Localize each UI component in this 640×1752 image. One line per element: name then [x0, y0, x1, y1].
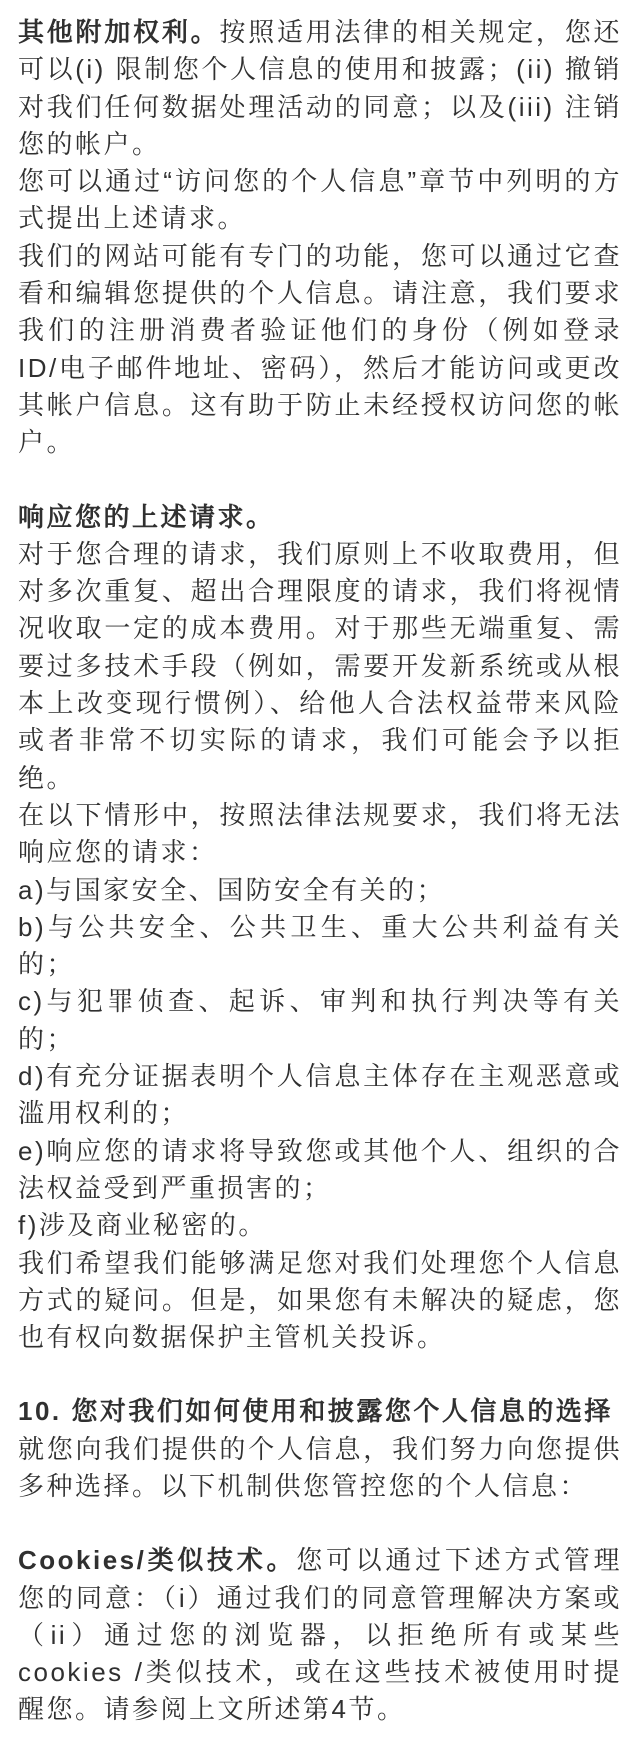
- list-item-f: f)涉及商业秘密的。: [18, 1207, 622, 1244]
- para-choices-intro: 就您向我们提供的个人信息，我们努力向您提供多种选择。以下机制供您管控您的个人信息…: [18, 1431, 622, 1506]
- list-item-b-body: b)与公共安全、公共卫生、重大公共利益有关的；: [18, 912, 622, 979]
- para-cannot-respond-intro-body: 在以下情形中，按照法律法规要求，我们将无法响应您的请求：: [18, 800, 622, 867]
- para-choices-intro-body: 就您向我们提供的个人信息，我们努力向您提供多种选择。以下机制供您管控您的个人信息…: [18, 1434, 622, 1501]
- para-other-additional-rights-lead: 其他附加权利。: [18, 17, 219, 47]
- para-cookies-management-lead: Cookies/类似技术。: [18, 1545, 296, 1575]
- list-item-c-body: c)与犯罪侦查、起诉、审判和执行判决等有关的；: [18, 986, 622, 1053]
- list-item-e: e)响应您的请求将导致您或其他个人、组织的合法权益受到严重损害的；: [18, 1133, 622, 1208]
- heading-respond-to-requests: 响应您的上述请求。: [18, 499, 622, 536]
- list-item-d: d)有充分证据表明个人信息主体存在主观恶意或滥用权利的；: [18, 1058, 622, 1133]
- heading-respond-to-requests-label: 响应您的上述请求。: [18, 502, 275, 532]
- list-item-a-body: a)与国家安全、国防安全有关的；: [18, 875, 445, 905]
- privacy-policy-page: 其他附加权利。按照适用法律的相关规定，您还可以(i) 限制您个人信息的使用和披露…: [0, 0, 640, 1752]
- para-fees-and-refusal: 对于您合理的请求，我们原则上不收取费用，但对多次重复、超出合理限度的请求，我们将…: [18, 536, 622, 797]
- heading-section-10-label: 10. 您对我们如何使用和披露您个人信息的选择: [18, 1396, 613, 1426]
- para-request-method: 您可以通过“访问您的个人信息”章节中列明的方式提出上述请求。: [18, 163, 622, 238]
- para-request-method-body: 您可以通过“访问您的个人信息”章节中列明的方式提出上述请求。: [18, 166, 622, 233]
- list-item-a: a)与国家安全、国防安全有关的；: [18, 872, 622, 909]
- list-item-c: c)与犯罪侦查、起诉、审判和执行判决等有关的；: [18, 983, 622, 1058]
- para-complaint-rights: 我们希望我们能够满足您对我们处理您个人信息方式的疑问。但是，如果您有未解决的疑虑…: [18, 1245, 622, 1357]
- privacy-policy-text: 其他附加权利。按照适用法律的相关规定，您还可以(i) 限制您个人信息的使用和披露…: [18, 14, 622, 1729]
- list-item-f-body: f)涉及商业秘密的。: [18, 1210, 267, 1240]
- para-website-edit-feature: 我们的网站可能有专门的功能，您可以通过它查看和编辑您提供的个人信息。请注意，我们…: [18, 238, 622, 462]
- para-cannot-respond-intro: 在以下情形中，按照法律法规要求，我们将无法响应您的请求：: [18, 797, 622, 872]
- para-fees-and-refusal-body: 对于您合理的请求，我们原则上不收取费用，但对多次重复、超出合理限度的请求，我们将…: [18, 539, 622, 793]
- list-item-e-body: e)响应您的请求将导致您或其他个人、组织的合法权益受到严重损害的；: [18, 1136, 622, 1203]
- para-website-edit-feature-body: 我们的网站可能有专门的功能，您可以通过它查看和编辑您提供的个人信息。请注意，我们…: [18, 241, 622, 457]
- para-cookies-management: Cookies/类似技术。您可以通过下述方式管理您的同意：（i）通过我们的同意管…: [18, 1542, 622, 1728]
- list-item-b: b)与公共安全、公共卫生、重大公共利益有关的；: [18, 909, 622, 984]
- para-other-additional-rights: 其他附加权利。按照适用法律的相关规定，您还可以(i) 限制您个人信息的使用和披露…: [18, 14, 622, 163]
- list-item-d-body: d)有充分证据表明个人信息主体存在主观恶意或滥用权利的；: [18, 1061, 622, 1128]
- para-complaint-rights-body: 我们希望我们能够满足您对我们处理您个人信息方式的疑问。但是，如果您有未解决的疑虑…: [18, 1248, 622, 1353]
- heading-section-10: 10. 您对我们如何使用和披露您个人信息的选择: [18, 1393, 622, 1430]
